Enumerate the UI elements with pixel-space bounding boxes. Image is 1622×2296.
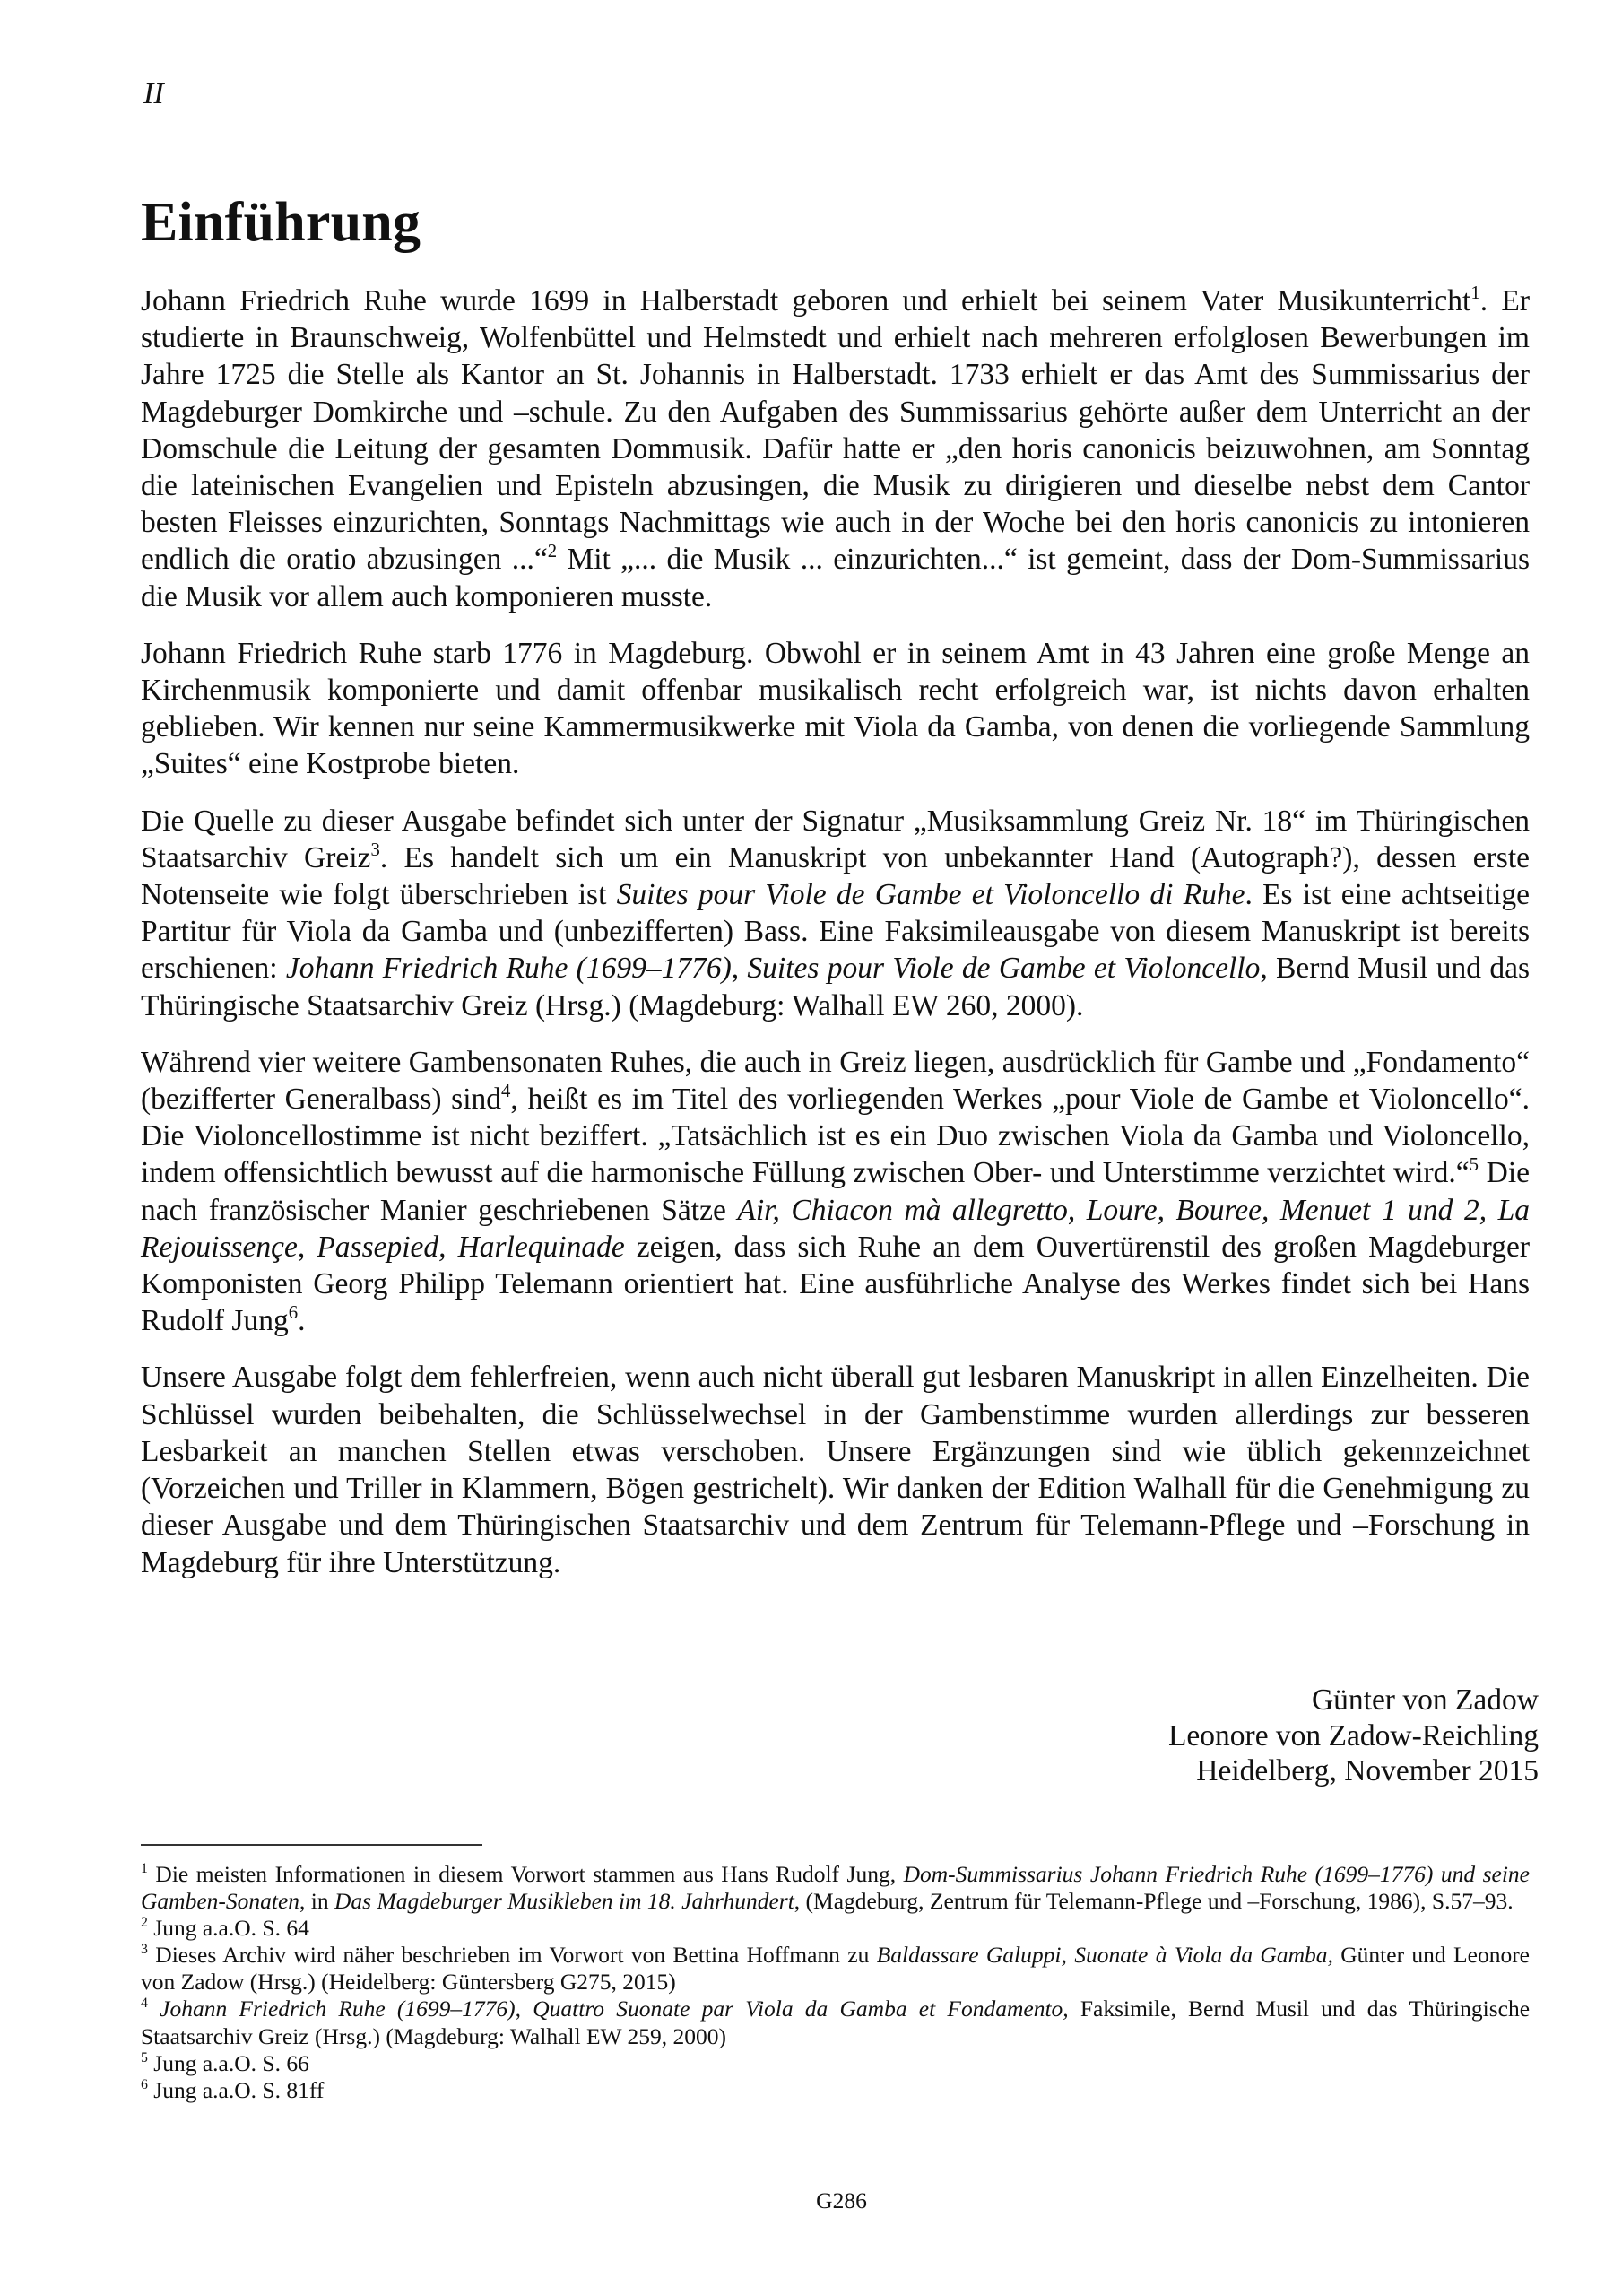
paragraph: Während vier weitere Gambensonaten Ruhes… bbox=[141, 1044, 1530, 1340]
footnote-reference: 6 bbox=[289, 1302, 298, 1323]
signature-author-2: Leonore von Zadow-Reichling bbox=[1168, 1718, 1539, 1754]
footnote-number: 6 bbox=[141, 2077, 148, 2092]
paragraph: Johann Friedrich Ruhe wurde 1699 in Halb… bbox=[141, 283, 1530, 615]
footnote: 5 Jung a.a.O. S. 66 bbox=[141, 2050, 1530, 2077]
italic-title: Suites pour Viole de Gambe et Violoncell… bbox=[617, 878, 1245, 911]
paragraph: Unsere Ausgabe folgt dem fehlerfreien, w… bbox=[141, 1359, 1530, 1580]
footnote-reference: 1 bbox=[1470, 283, 1479, 303]
footnote: 6 Jung a.a.O. S. 81ff bbox=[141, 2077, 1530, 2104]
italic-title: Johann Friedrich Ruhe (1699–1776), Quatt… bbox=[160, 1996, 1069, 2022]
page-footer: G286 bbox=[0, 2189, 1622, 2213]
footnote-reference: 2 bbox=[548, 542, 557, 562]
footnote: 4 Johann Friedrich Ruhe (1699–1776), Qua… bbox=[141, 1996, 1530, 2049]
footnote-number: 1 bbox=[141, 1861, 148, 1876]
edition-number: G286 bbox=[816, 2187, 867, 2213]
footnote-reference: 5 bbox=[1470, 1155, 1479, 1176]
footnote-separator bbox=[141, 1844, 482, 1846]
italic-title: Baldassare Galuppi, Suonate à Viola da G… bbox=[877, 1942, 1333, 1968]
footnote-number: 4 bbox=[141, 1996, 148, 2012]
roman-page-number: II bbox=[143, 79, 164, 109]
paragraph: Die Quelle zu dieser Ausgabe befindet si… bbox=[141, 803, 1530, 1024]
body-text: Johann Friedrich Ruhe wurde 1699 in Halb… bbox=[141, 283, 1530, 1601]
paragraph: Johann Friedrich Ruhe starb 1776 in Magd… bbox=[141, 635, 1530, 783]
page-title: Einführung bbox=[141, 195, 421, 250]
italic-title: Das Magdeburger Musikleben im 18. Jahrhu… bbox=[334, 1888, 794, 1914]
footnote-number: 3 bbox=[141, 1942, 148, 1957]
italic-title: Johann Friedrich Ruhe (1699–1776), Suite… bbox=[286, 952, 1261, 985]
signature-block: Günter von Zadow Leonore von Zadow-Reich… bbox=[1168, 1683, 1539, 1789]
signature-place-date: Heidelberg, November 2015 bbox=[1168, 1753, 1539, 1789]
footnote-number: 5 bbox=[141, 2050, 148, 2066]
footnote: 3 Dieses Archiv wird näher beschrieben i… bbox=[141, 1942, 1530, 1996]
footnote-number: 2 bbox=[141, 1915, 148, 1930]
footnotes: 1 Die meisten Informationen in diesem Vo… bbox=[141, 1861, 1530, 2104]
italic-title: Air, Chia­con mà allegretto, Loure, Bour… bbox=[141, 1194, 1530, 1264]
footnote: 1 Die meisten Informationen in diesem Vo… bbox=[141, 1861, 1530, 1915]
footnote-reference: 4 bbox=[501, 1081, 510, 1101]
footnote: 2 Jung a.a.O. S. 64 bbox=[141, 1915, 1530, 1942]
signature-author-1: Günter von Zadow bbox=[1168, 1683, 1539, 1718]
footnote-reference: 3 bbox=[370, 839, 379, 860]
